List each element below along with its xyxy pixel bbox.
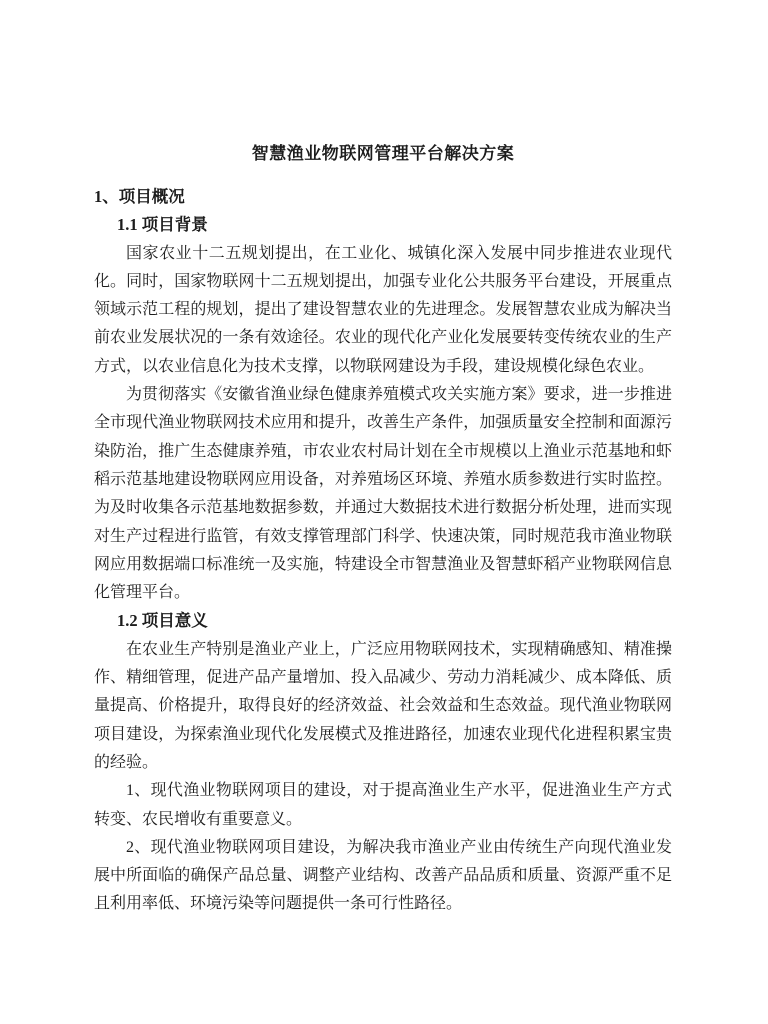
subsection-heading-project-significance: 1.2 项目意义: [94, 607, 672, 635]
paragraph-significance-3: 2、现代渔业物联网项目建设，为解决我市渔业产业由传统生产向现代渔业发展中所面临的…: [94, 834, 672, 919]
paragraph-significance-2: 1、现代渔业物联网项目的建设，对于提高渔业生产水平，促进渔业生产方式转变、农民增…: [94, 777, 672, 834]
document-page: 智慧渔业物联网管理平台解决方案 1、项目概况 1.1 项目背景 国家农业十二五规…: [0, 0, 768, 1024]
document-title: 智慧渔业物联网管理平台解决方案: [94, 144, 672, 163]
paragraph-significance-1: 在农业生产特别是渔业产业上，广泛应用物联网技术，实现精确感知、精准操作、精细管理…: [94, 636, 672, 777]
subsection-heading-project-background: 1.1 项目背景: [94, 211, 672, 239]
paragraph-background-1: 国家农业十二五规划提出，在工业化、城镇化深入发展中同步推进农业现代化。同时，国家…: [94, 240, 672, 381]
section-heading-project-overview: 1、项目概况: [94, 183, 672, 211]
paragraph-background-2: 为贯彻落实《安徽省渔业绿色健康养殖模式攻关实施方案》要求，进一步推进全市现代渔业…: [94, 381, 672, 607]
document-content: 智慧渔业物联网管理平台解决方案 1、项目概况 1.1 项目背景 国家农业十二五规…: [94, 0, 672, 919]
